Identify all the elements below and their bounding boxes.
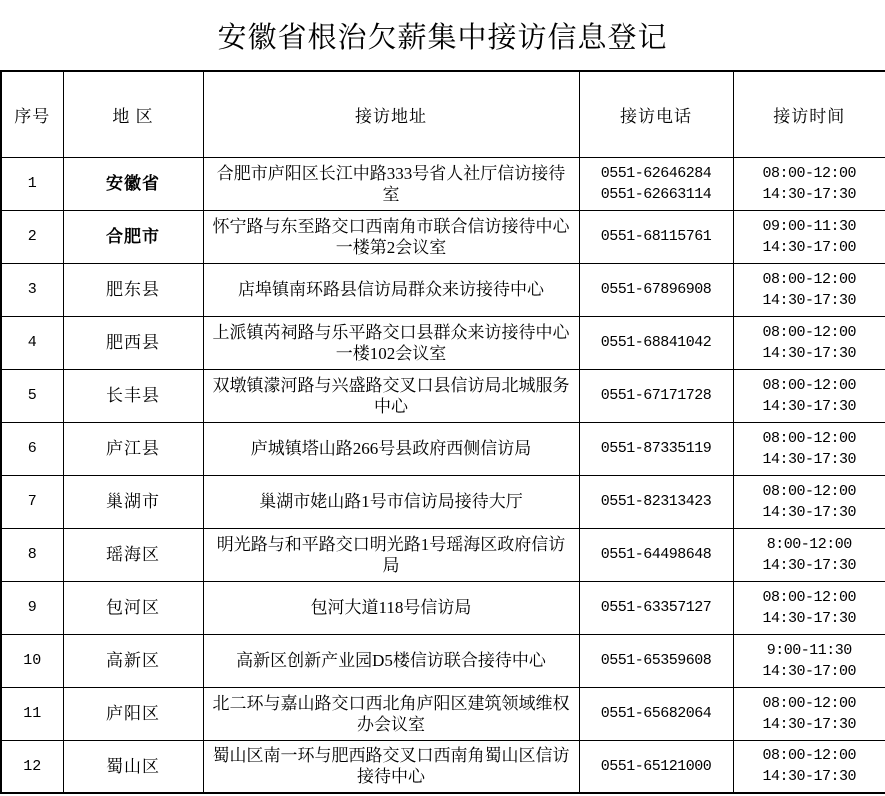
address-cell: 合肥市庐阳区长江中路333号省人社厅信访接待室 (203, 157, 579, 210)
time-cell: 8:00-12:0014:30-17:30 (733, 528, 885, 581)
time-cell: 08:00-12:0014:30-17:30 (733, 157, 885, 210)
index-cell: 8 (1, 528, 63, 581)
region-cell-line: 安徽省 (69, 173, 198, 194)
index-cell: 3 (1, 263, 63, 316)
time-cell: 08:00-12:0014:30-17:30 (733, 263, 885, 316)
region-cell-line: 肥西县 (69, 332, 198, 353)
region-cell-line: 巢湖市 (69, 491, 198, 512)
phone-cell: 0551-68841042 (579, 316, 733, 369)
time-cell: 9:00-11:3014:30-17:00 (733, 634, 885, 687)
region-cell-line: 包河区 (69, 597, 198, 618)
region-cell-line: 高新区 (69, 650, 198, 671)
time-cell-line: 14:30-17:30 (739, 449, 881, 470)
index-cell-line: 6 (7, 438, 58, 459)
time-cell: 08:00-12:0014:30-17:30 (733, 740, 885, 793)
document-page: 安徽省根治欠薪集中接访信息登记 序号 地 区 接访地址 接访电话 接访时间 1安… (0, 0, 885, 796)
region-cell-line: 肥东县 (69, 279, 198, 300)
table-row: 1安徽省合肥市庐阳区长江中路333号省人社厅信访接待室0551-62646284… (1, 157, 885, 210)
index-cell-line: 1 (7, 173, 58, 194)
address-cell: 庐城镇塔山路266号县政府西侧信访局 (203, 422, 579, 475)
time-cell-line: 14:30-17:30 (739, 184, 881, 205)
index-cell-line: 5 (7, 385, 58, 406)
index-cell: 7 (1, 475, 63, 528)
phone-cell-line: 0551-82313423 (585, 491, 728, 512)
phone-cell: 0551-82313423 (579, 475, 733, 528)
region-cell: 瑶海区 (63, 528, 203, 581)
index-cell-line: 8 (7, 544, 58, 565)
region-cell: 庐江县 (63, 422, 203, 475)
phone-cell: 0551-68115761 (579, 210, 733, 263)
region-cell-line: 长丰县 (69, 385, 198, 406)
phone-cell: 0551-626462840551-62663114 (579, 157, 733, 210)
region-cell: 蜀山区 (63, 740, 203, 793)
time-cell-line: 14:30-17:30 (739, 290, 881, 311)
table-row: 4肥西县上派镇芮祠路与乐平路交口县群众来访接待中心一楼102会议室0551-68… (1, 316, 885, 369)
table-row: 12蜀山区蜀山区南一环与肥西路交叉口西南角蜀山区信访接待中心0551-65121… (1, 740, 885, 793)
index-cell-line: 3 (7, 279, 58, 300)
time-cell-line: 14:30-17:30 (739, 555, 881, 576)
index-cell-line: 12 (7, 756, 58, 777)
index-cell: 1 (1, 157, 63, 210)
phone-cell: 0551-87335119 (579, 422, 733, 475)
address-cell-line: 上派镇芮祠路与乐平路交口县群众来访接待中心一楼102会议室 (209, 322, 574, 364)
time-cell-line: 8:00-12:00 (739, 534, 881, 555)
index-cell: 2 (1, 210, 63, 263)
address-cell-line: 蜀山区南一环与肥西路交叉口西南角蜀山区信访接待中心 (209, 745, 574, 787)
index-cell: 5 (1, 369, 63, 422)
region-cell: 庐阳区 (63, 687, 203, 740)
address-cell: 高新区创新产业园D5楼信访联合接待中心 (203, 634, 579, 687)
time-cell: 08:00-12:0014:30-17:30 (733, 475, 885, 528)
time-cell-line: 08:00-12:00 (739, 587, 881, 608)
time-cell-line: 08:00-12:00 (739, 163, 881, 184)
address-cell-line: 巢湖市姥山路1号市信访局接待大厅 (209, 491, 574, 512)
time-cell: 09:00-11:3014:30-17:00 (733, 210, 885, 263)
phone-cell-line: 0551-67171728 (585, 385, 728, 406)
time-cell-line: 08:00-12:00 (739, 322, 881, 343)
phone-cell: 0551-65682064 (579, 687, 733, 740)
address-cell-line: 合肥市庐阳区长江中路333号省人社厅信访接待室 (209, 163, 574, 205)
index-cell: 11 (1, 687, 63, 740)
table-row: 8瑶海区明光路与和平路交口明光路1号瑶海区政府信访局0551-644986488… (1, 528, 885, 581)
column-header-index: 序号 (1, 71, 63, 157)
table-row: 2合肥市怀宁路与东至路交口西南角市联合信访接待中心一楼第2会议室0551-681… (1, 210, 885, 263)
phone-cell: 0551-63357127 (579, 581, 733, 634)
address-cell-line: 庐城镇塔山路266号县政府西侧信访局 (209, 438, 574, 459)
address-cell: 上派镇芮祠路与乐平路交口县群众来访接待中心一楼102会议室 (203, 316, 579, 369)
phone-cell-line: 0551-64498648 (585, 544, 728, 565)
column-header-time: 接访时间 (733, 71, 885, 157)
region-cell-line: 蜀山区 (69, 756, 198, 777)
phone-cell-line: 0551-65121000 (585, 756, 728, 777)
index-cell-line: 7 (7, 491, 58, 512)
region-cell: 巢湖市 (63, 475, 203, 528)
index-cell: 12 (1, 740, 63, 793)
reception-info-table: 序号 地 区 接访地址 接访电话 接访时间 1安徽省合肥市庐阳区长江中路333号… (0, 70, 885, 794)
address-cell: 北二环与嘉山路交口西北角庐阳区建筑领域维权办会议室 (203, 687, 579, 740)
address-cell: 蜀山区南一环与肥西路交叉口西南角蜀山区信访接待中心 (203, 740, 579, 793)
time-cell-line: 14:30-17:30 (739, 396, 881, 417)
table-row: 5长丰县双墩镇濛河路与兴盛路交叉口县信访局北城服务中心0551-67171728… (1, 369, 885, 422)
index-cell: 10 (1, 634, 63, 687)
index-cell: 9 (1, 581, 63, 634)
time-cell-line: 14:30-17:00 (739, 661, 881, 682)
index-cell: 4 (1, 316, 63, 369)
region-cell-line: 瑶海区 (69, 544, 198, 565)
phone-cell-line: 0551-65359608 (585, 650, 728, 671)
time-cell-line: 08:00-12:00 (739, 428, 881, 449)
address-cell-line: 怀宁路与东至路交口西南角市联合信访接待中心一楼第2会议室 (209, 216, 574, 258)
address-cell: 巢湖市姥山路1号市信访局接待大厅 (203, 475, 579, 528)
table-header: 序号 地 区 接访地址 接访电话 接访时间 (1, 71, 885, 157)
region-cell-line: 合肥市 (69, 226, 198, 247)
table-row: 10高新区高新区创新产业园D5楼信访联合接待中心0551-653596089:0… (1, 634, 885, 687)
time-cell-line: 9:00-11:30 (739, 640, 881, 661)
time-cell-line: 14:30-17:30 (739, 714, 881, 735)
table-row: 9包河区包河大道118号信访局0551-6335712708:00-12:001… (1, 581, 885, 634)
address-cell: 明光路与和平路交口明光路1号瑶海区政府信访局 (203, 528, 579, 581)
table-row: 3肥东县店埠镇南环路县信访局群众来访接待中心0551-6789690808:00… (1, 263, 885, 316)
index-cell: 6 (1, 422, 63, 475)
phone-cell-line: 0551-67896908 (585, 279, 728, 300)
region-cell: 肥西县 (63, 316, 203, 369)
region-cell: 高新区 (63, 634, 203, 687)
time-cell-line: 14:30-17:00 (739, 237, 881, 258)
index-cell-line: 2 (7, 226, 58, 247)
address-cell: 怀宁路与东至路交口西南角市联合信访接待中心一楼第2会议室 (203, 210, 579, 263)
time-cell-line: 08:00-12:00 (739, 745, 881, 766)
page-title: 安徽省根治欠薪集中接访信息登记 (0, 0, 885, 70)
phone-cell: 0551-67171728 (579, 369, 733, 422)
table-body: 1安徽省合肥市庐阳区长江中路333号省人社厅信访接待室0551-62646284… (1, 157, 885, 793)
time-cell: 08:00-12:0014:30-17:30 (733, 422, 885, 475)
address-cell-line: 明光路与和平路交口明光路1号瑶海区政府信访局 (209, 534, 574, 576)
table-row: 11庐阳区北二环与嘉山路交口西北角庐阳区建筑领域维权办会议室0551-65682… (1, 687, 885, 740)
index-cell-line: 10 (7, 650, 58, 671)
address-cell-line: 北二环与嘉山路交口西北角庐阳区建筑领域维权办会议室 (209, 693, 574, 735)
index-cell-line: 4 (7, 332, 58, 353)
time-cell-line: 14:30-17:30 (739, 766, 881, 787)
time-cell-line: 14:30-17:30 (739, 608, 881, 629)
address-cell-line: 双墩镇濛河路与兴盛路交叉口县信访局北城服务中心 (209, 375, 574, 417)
address-cell-line: 包河大道118号信访局 (209, 597, 574, 618)
time-cell-line: 08:00-12:00 (739, 693, 881, 714)
address-cell-line: 高新区创新产业园D5楼信访联合接待中心 (209, 650, 574, 671)
time-cell-line: 14:30-17:30 (739, 502, 881, 523)
address-cell: 包河大道118号信访局 (203, 581, 579, 634)
time-cell-line: 08:00-12:00 (739, 269, 881, 290)
index-cell-line: 9 (7, 597, 58, 618)
region-cell: 安徽省 (63, 157, 203, 210)
table-row: 7巢湖市巢湖市姥山路1号市信访局接待大厅0551-8231342308:00-1… (1, 475, 885, 528)
time-cell: 08:00-12:0014:30-17:30 (733, 316, 885, 369)
address-cell-line: 店埠镇南环路县信访局群众来访接待中心 (209, 279, 574, 300)
phone-cell: 0551-65359608 (579, 634, 733, 687)
phone-cell-line: 0551-62663114 (585, 184, 728, 205)
phone-cell-line: 0551-68115761 (585, 226, 728, 247)
time-cell-line: 08:00-12:00 (739, 375, 881, 396)
region-cell-line: 庐阳区 (69, 703, 198, 724)
phone-cell-line: 0551-63357127 (585, 597, 728, 618)
column-header-phone: 接访电话 (579, 71, 733, 157)
region-cell: 合肥市 (63, 210, 203, 263)
phone-cell: 0551-65121000 (579, 740, 733, 793)
phone-cell: 0551-64498648 (579, 528, 733, 581)
phone-cell-line: 0551-62646284 (585, 163, 728, 184)
region-cell-line: 庐江县 (69, 438, 198, 459)
region-cell: 肥东县 (63, 263, 203, 316)
time-cell-line: 09:00-11:30 (739, 216, 881, 237)
phone-cell: 0551-67896908 (579, 263, 733, 316)
table-row: 6庐江县庐城镇塔山路266号县政府西侧信访局0551-8733511908:00… (1, 422, 885, 475)
address-cell: 双墩镇濛河路与兴盛路交叉口县信访局北城服务中心 (203, 369, 579, 422)
table-header-row: 序号 地 区 接访地址 接访电话 接访时间 (1, 71, 885, 157)
time-cell: 08:00-12:0014:30-17:30 (733, 687, 885, 740)
column-header-address: 接访地址 (203, 71, 579, 157)
region-cell: 长丰县 (63, 369, 203, 422)
time-cell: 08:00-12:0014:30-17:30 (733, 581, 885, 634)
region-cell: 包河区 (63, 581, 203, 634)
phone-cell-line: 0551-65682064 (585, 703, 728, 724)
time-cell-line: 08:00-12:00 (739, 481, 881, 502)
time-cell: 08:00-12:0014:30-17:30 (733, 369, 885, 422)
index-cell-line: 11 (7, 703, 58, 724)
address-cell: 店埠镇南环路县信访局群众来访接待中心 (203, 263, 579, 316)
phone-cell-line: 0551-68841042 (585, 332, 728, 353)
column-header-region: 地 区 (63, 71, 203, 157)
phone-cell-line: 0551-87335119 (585, 438, 728, 459)
time-cell-line: 14:30-17:30 (739, 343, 881, 364)
